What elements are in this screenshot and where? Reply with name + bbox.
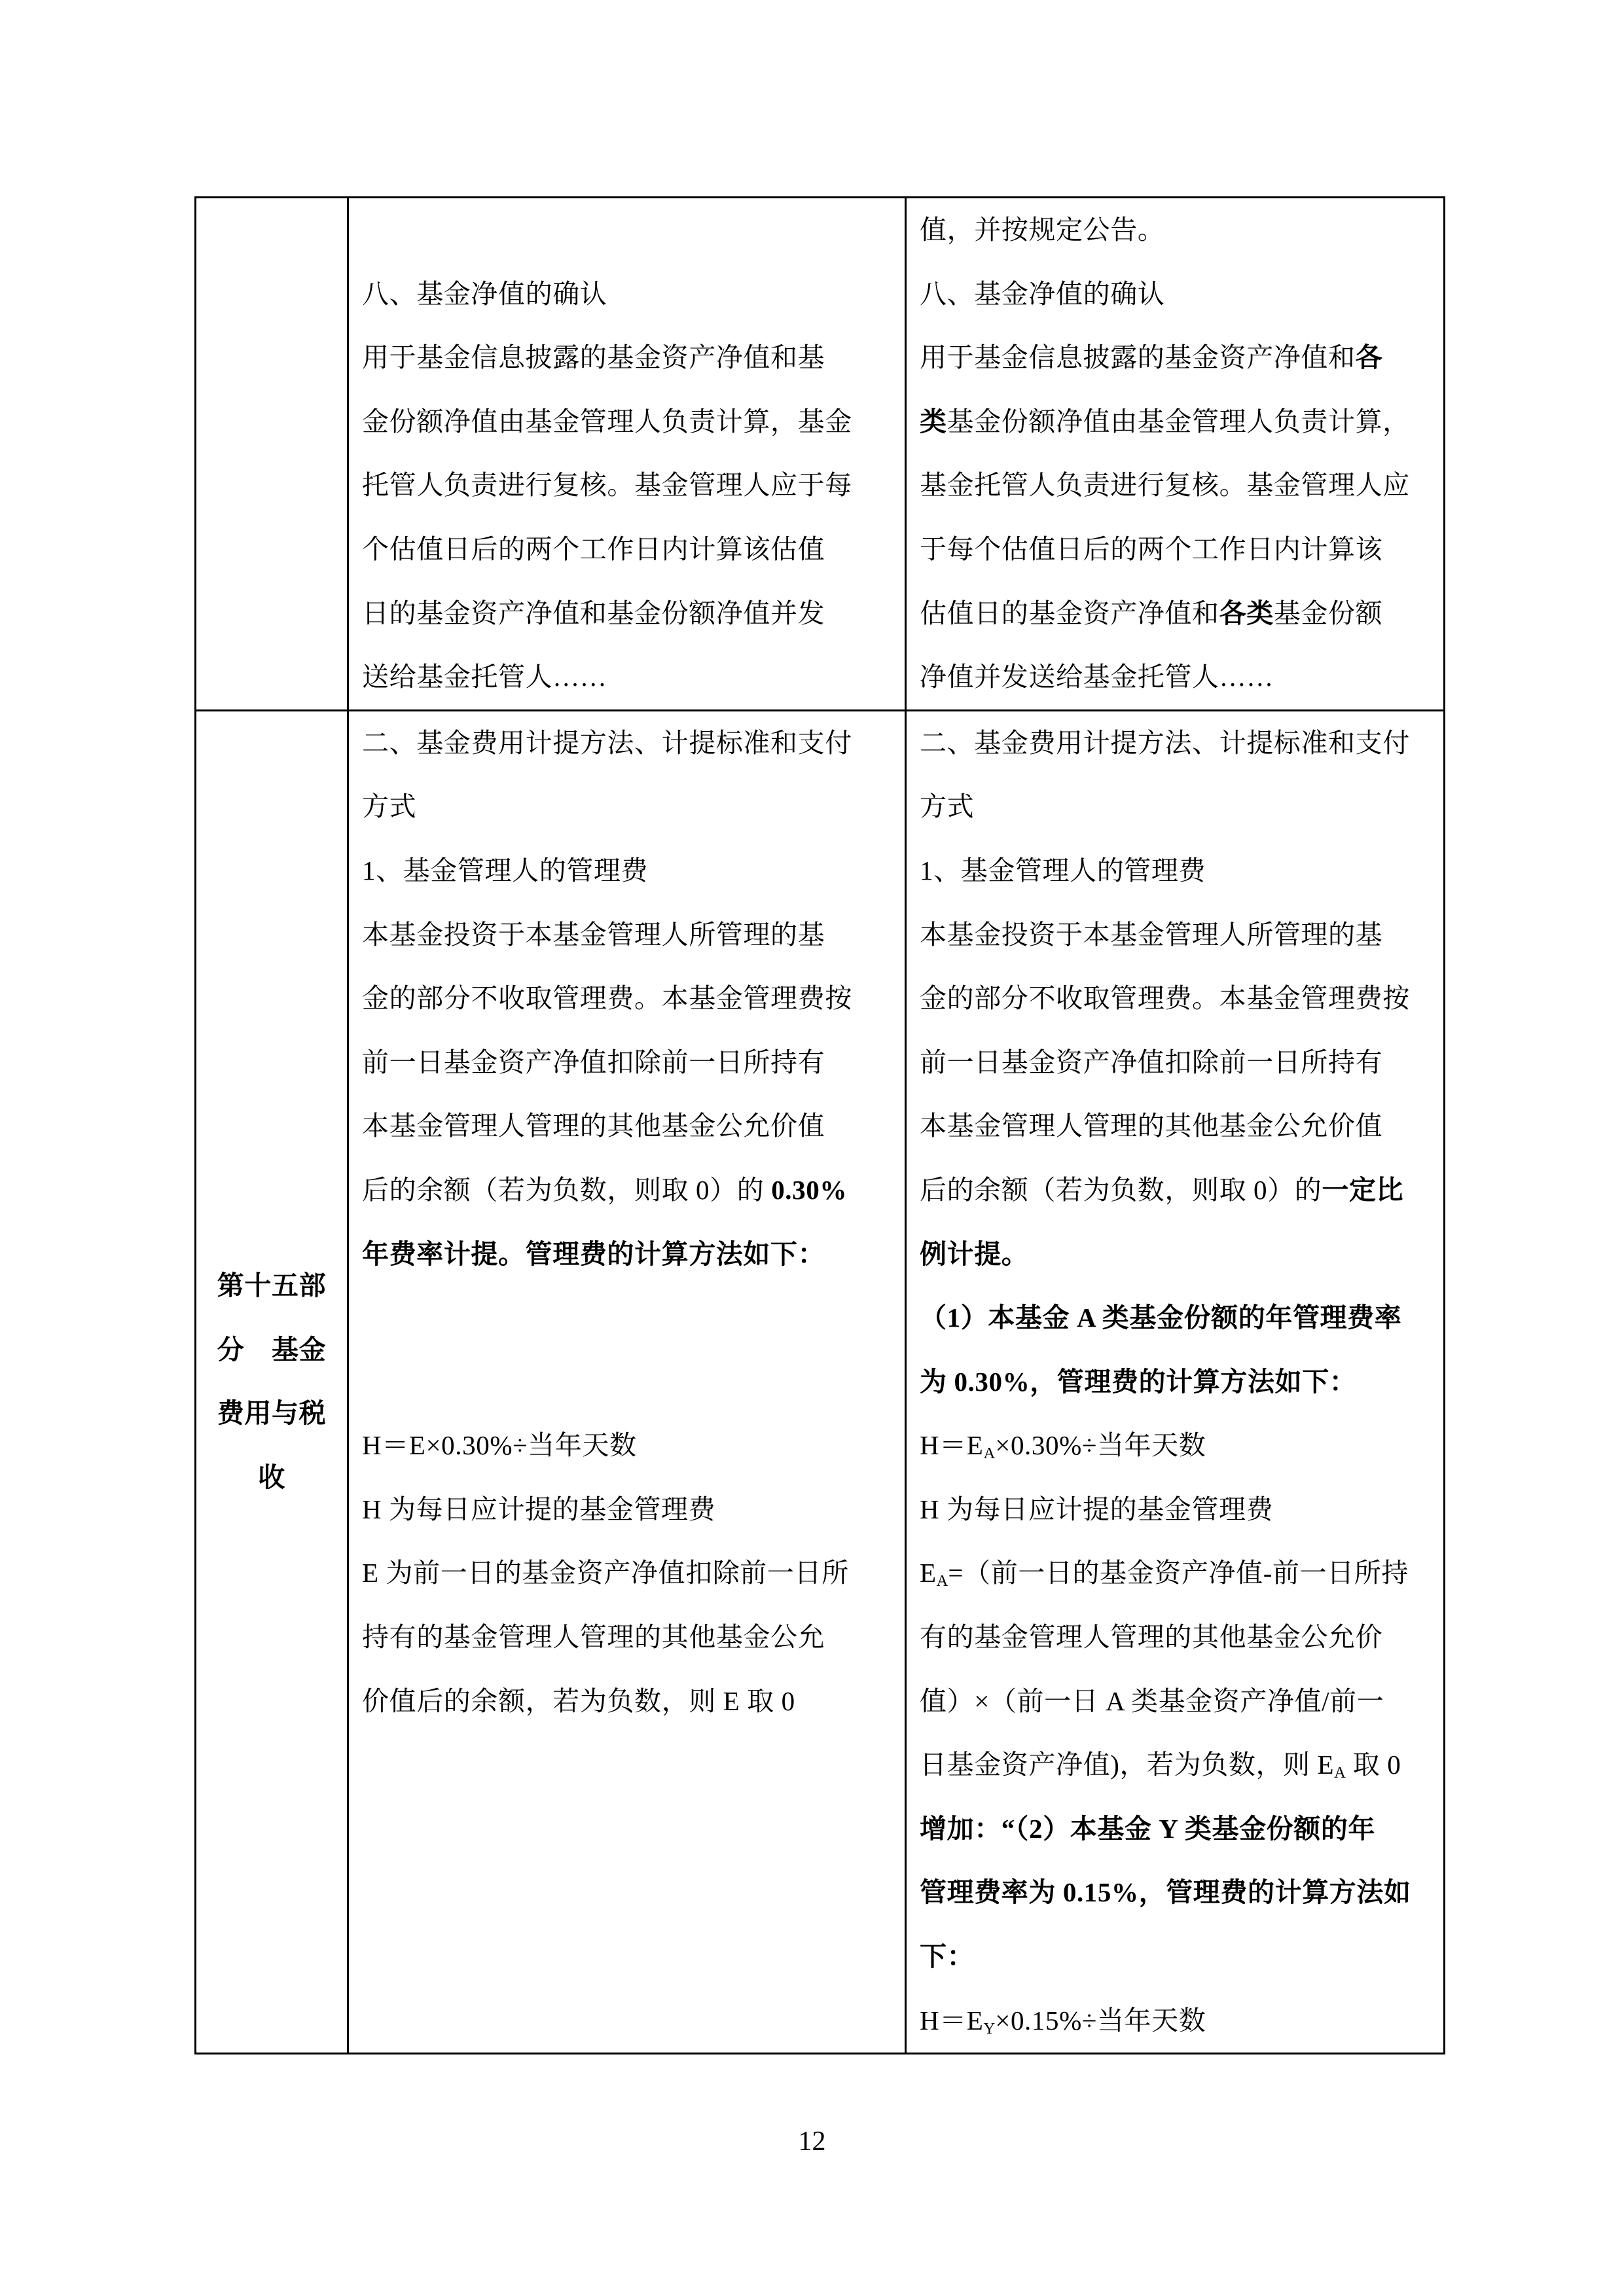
table-row: 八、基金净值的确认用于基金信息披露的基金资产净值和基金份额净值由基金管理人负责计… bbox=[196, 198, 1443, 709]
table-cell-line: 价值后的余额，若为负数，则 E 取 0 bbox=[362, 1670, 897, 1734]
text-segment: 方式 bbox=[362, 791, 416, 821]
table-cell-line: 日的基金资产净值和基金份额净值并发 bbox=[362, 582, 897, 646]
table-cell-line: 前一日基金资产净值扣除前一日所持有 bbox=[920, 1031, 1435, 1095]
text-segment: 金的部分不收取管理费。本基金管理费按 bbox=[920, 983, 1410, 1013]
table-cell-line: 后的余额（若为负数，则取 0）的一定比 bbox=[920, 1158, 1435, 1223]
text-segment: 基金份额 bbox=[1274, 598, 1382, 628]
table-cell-line: 于每个估值日后的两个工作日内计算该 bbox=[920, 518, 1435, 582]
table-cell-line: 类基金份额净值由基金管理人负责计算， bbox=[920, 390, 1435, 454]
text-segment: ×0.15%÷当年天数 bbox=[995, 2005, 1206, 2036]
table-cell-line: 1、基金管理人的管理费 bbox=[362, 839, 897, 903]
text-segment: 有的基金管理人管理的其他基金公允价 bbox=[920, 1622, 1382, 1652]
text-segment: E bbox=[920, 1558, 937, 1588]
table-cell-line: 管理费率为 0.15%，管理费的计算方法如 bbox=[920, 1861, 1435, 1925]
table-cell-line: 本基金投资于本基金管理人所管理的基 bbox=[920, 903, 1435, 967]
text-segment: 本基金投资于本基金管理人所管理的基 bbox=[362, 920, 825, 950]
table-cell-line: 值）×（前一日 A 类基金资产净值/前一 bbox=[920, 1670, 1435, 1734]
text-segment: H＝E bbox=[920, 1430, 983, 1460]
section-column-cell bbox=[196, 198, 349, 709]
table-cell-line: 方式 bbox=[920, 775, 1435, 839]
text-segment: （1）本基金 A 类基金份额的年管理费率 bbox=[920, 1302, 1401, 1333]
table-cell-line: E 为前一日的基金资产净值扣除前一日所 bbox=[362, 1541, 897, 1605]
table-cell-line: （1）本基金 A 类基金份额的年管理费率 bbox=[920, 1286, 1435, 1350]
table-cell-line bbox=[362, 198, 897, 262]
table-cell-line: 送给基金托管人…… bbox=[362, 645, 897, 709]
table-cell-line: 基金托管人负责进行复核。基金管理人应 bbox=[920, 454, 1435, 518]
text-segment: 前一日基金资产净值扣除前一日所持有 bbox=[920, 1047, 1382, 1077]
text-segment: 持有的基金管理人管理的其他基金公允 bbox=[362, 1622, 825, 1652]
text-segment: 值，并按规定公告。 bbox=[920, 215, 1164, 245]
table-cell-line: H＝EY×0.15%÷当年天数 bbox=[920, 1989, 1435, 2053]
table-cell-line: 二、基金费用计提方法、计提标准和支付 bbox=[362, 711, 897, 776]
text-segment: 本基金管理人管理的其他基金公允价值 bbox=[362, 1111, 825, 1141]
text-segment: 一定比 bbox=[1322, 1175, 1403, 1205]
table-cell-line: 托管人负责进行复核。基金管理人应于每 bbox=[362, 454, 897, 518]
text-segment: 二、基金费用计提方法、计提标准和支付 bbox=[920, 728, 1410, 758]
text-segment: 价值后的余额，若为负数，则 E 取 0 bbox=[362, 1686, 795, 1716]
table-cell-line: 为 0.30%，管理费的计算方法如下： bbox=[920, 1350, 1435, 1414]
table-cell-line: 持有的基金管理人管理的其他基金公允 bbox=[362, 1605, 897, 1670]
text-segment: 0.30% bbox=[771, 1175, 847, 1205]
table-row: 第十五部分 基金费用与税收二、基金费用计提方法、计提标准和支付方式1、基金管理人… bbox=[196, 709, 1443, 2053]
right-text-cell: 二、基金费用计提方法、计提标准和支付方式1、基金管理人的管理费本基金投资于本基金… bbox=[907, 711, 1443, 2053]
table-cell-line: 前一日基金资产净值扣除前一日所持有 bbox=[362, 1031, 897, 1095]
table-cell-line: H 为每日应计提的基金管理费 bbox=[362, 1478, 897, 1542]
text-segment: 前一日基金资产净值扣除前一日所持有 bbox=[362, 1047, 825, 1077]
text-segment: 收 bbox=[258, 1462, 285, 1492]
formula-subscript: A bbox=[937, 1573, 948, 1590]
table-cell-line: 个估值日后的两个工作日内计算该估值 bbox=[362, 518, 897, 582]
left-text-cell: 八、基金净值的确认用于基金信息披露的基金资产净值和基金份额净值由基金管理人负责计… bbox=[349, 198, 907, 709]
section-column-cell: 第十五部分 基金费用与税收 bbox=[196, 711, 349, 2053]
table-cell-line: 第十五部 bbox=[217, 1254, 326, 1318]
text-segment: 1、基金管理人的管理费 bbox=[362, 855, 648, 886]
table-cell-line: 年费率计提。管理费的计算方法如下： bbox=[362, 1223, 897, 1287]
text-segment: 后的余额（若为负数，则取 0）的 bbox=[362, 1175, 771, 1205]
table-cell-line: 例计提。 bbox=[920, 1223, 1435, 1287]
table-cell-line: 分 基金 bbox=[217, 1318, 326, 1382]
text-segment: 用于基金信息披露的基金资产净值和基 bbox=[362, 342, 825, 372]
table-cell-line: 增加：“（2）本基金 Y 类基金份额的年 bbox=[920, 1797, 1435, 1861]
text-segment: 金份额净值由基金管理人负责计算，基金 bbox=[362, 406, 852, 437]
text-segment: 净值并发送给基金托管人…… bbox=[920, 662, 1274, 692]
text-segment: H 为每日应计提的基金管理费 bbox=[920, 1494, 1273, 1524]
text-segment: H＝E bbox=[920, 2005, 983, 2036]
text-segment: 八、基金净值的确认 bbox=[362, 279, 607, 309]
formula-subscript: A bbox=[1334, 1764, 1346, 1782]
text-segment: 年费率计提。管理费的计算方法如下： bbox=[362, 1239, 825, 1269]
table-cell-line: 金的部分不收取管理费。本基金管理费按 bbox=[362, 967, 897, 1031]
text-segment: 用于基金信息披露的基金资产净值和 bbox=[920, 342, 1356, 372]
text-segment: 基金份额净值由基金管理人负责计算， bbox=[947, 406, 1410, 437]
table-cell-line: 本基金管理人管理的其他基金公允价值 bbox=[920, 1094, 1435, 1158]
document-page: 八、基金净值的确认用于基金信息披露的基金资产净值和基金份额净值由基金管理人负责计… bbox=[0, 0, 1624, 2296]
table-cell-line: 后的余额（若为负数，则取 0）的 0.30% bbox=[362, 1158, 897, 1223]
text-segment: 八、基金净值的确认 bbox=[920, 279, 1164, 309]
table-cell-line: 值，并按规定公告。 bbox=[920, 198, 1435, 262]
table-cell-line: H＝EA×0.30%÷当年天数 bbox=[920, 1414, 1435, 1478]
table-cell-line: 净值并发送给基金托管人…… bbox=[920, 645, 1435, 709]
table-cell-line: 下： bbox=[920, 1925, 1435, 1989]
table-cell-line: 二、基金费用计提方法、计提标准和支付 bbox=[920, 711, 1435, 776]
table-cell-line: 八、基金净值的确认 bbox=[362, 262, 897, 327]
text-segment: 基金托管人负责进行复核。基金管理人应 bbox=[920, 470, 1410, 500]
text-segment: 例计提。 bbox=[920, 1239, 1028, 1269]
text-segment: 本基金管理人管理的其他基金公允价值 bbox=[920, 1111, 1382, 1141]
text-segment: ×0.30%÷当年天数 bbox=[995, 1430, 1206, 1460]
text-segment: 估值日的基金资产净值和 bbox=[920, 598, 1219, 628]
text-segment: 日基金资产净值)，若为负数，则 E bbox=[920, 1749, 1334, 1780]
table-cell-line: 估值日的基金资产净值和各类基金份额 bbox=[920, 582, 1435, 646]
table-cell-line: 本基金管理人管理的其他基金公允价值 bbox=[362, 1094, 897, 1158]
text-segment: 送给基金托管人…… bbox=[362, 662, 607, 692]
text-segment: 金的部分不收取管理费。本基金管理费按 bbox=[362, 983, 852, 1013]
table-cell-line bbox=[362, 1286, 897, 1350]
table-cell-line: 金的部分不收取管理费。本基金管理费按 bbox=[920, 967, 1435, 1031]
text-segment: 第十五部 bbox=[217, 1270, 326, 1300]
table-cell-line: 用于基金信息披露的基金资产净值和各 bbox=[920, 326, 1435, 390]
text-segment: 各 bbox=[1356, 342, 1383, 372]
text-segment: E 为前一日的基金资产净值扣除前一日所 bbox=[362, 1558, 849, 1588]
text-segment: 个估值日后的两个工作日内计算该估值 bbox=[362, 534, 825, 564]
text-segment: 分 基金 bbox=[217, 1335, 326, 1365]
text-segment: H 为每日应计提的基金管理费 bbox=[362, 1494, 715, 1524]
formula-subscript: A bbox=[983, 1444, 995, 1462]
page-number: 12 bbox=[0, 2126, 1624, 2157]
text-segment: 取 0 bbox=[1346, 1749, 1401, 1780]
fund-contract-comparison-table: 八、基金净值的确认用于基金信息披露的基金资产净值和基金份额净值由基金管理人负责计… bbox=[194, 196, 1445, 2054]
text-segment: 于每个估值日后的两个工作日内计算该 bbox=[920, 534, 1382, 564]
text-segment: 各类 bbox=[1219, 598, 1274, 628]
table-cell-line: 本基金投资于本基金管理人所管理的基 bbox=[362, 903, 897, 967]
text-segment: 费用与税 bbox=[217, 1398, 326, 1428]
table-cell-line bbox=[362, 1350, 897, 1414]
text-segment: 值）×（前一日 A 类基金资产净值/前一 bbox=[920, 1686, 1384, 1716]
right-text-cell: 值，并按规定公告。八、基金净值的确认用于基金信息披露的基金资产净值和各类基金份额… bbox=[907, 198, 1443, 709]
text-segment: 增加：“（2）本基金 Y 类基金份额的年 bbox=[920, 1814, 1375, 1844]
text-segment: 后的余额（若为负数，则取 0）的 bbox=[920, 1175, 1322, 1205]
left-text-cell: 二、基金费用计提方法、计提标准和支付方式1、基金管理人的管理费本基金投资于本基金… bbox=[349, 711, 907, 2053]
text-segment: 日的基金资产净值和基金份额净值并发 bbox=[362, 598, 825, 628]
table-cell-line: H 为每日应计提的基金管理费 bbox=[920, 1478, 1435, 1542]
table-cell-line: 用于基金信息披露的基金资产净值和基 bbox=[362, 326, 897, 390]
table-cell-line: 有的基金管理人管理的其他基金公允价 bbox=[920, 1605, 1435, 1670]
text-segment: 托管人负责进行复核。基金管理人应于每 bbox=[362, 470, 852, 500]
text-segment: 1、基金管理人的管理费 bbox=[920, 855, 1206, 886]
table-cell-line: 金份额净值由基金管理人负责计算，基金 bbox=[362, 390, 897, 454]
table-cell-line: 收 bbox=[258, 1446, 285, 1510]
table-cell-line: EA=（前一日的基金资产净值-前一日所持 bbox=[920, 1541, 1435, 1605]
text-segment: 二、基金费用计提方法、计提标准和支付 bbox=[362, 728, 852, 758]
text-segment: 管理费率为 0.15%，管理费的计算方法如 bbox=[920, 1877, 1411, 1907]
table-cell-line: 八、基金净值的确认 bbox=[920, 262, 1435, 327]
table-cell-line: 费用与税 bbox=[217, 1382, 326, 1446]
text-segment: 类 bbox=[920, 406, 947, 437]
table-cell-line: 1、基金管理人的管理费 bbox=[920, 839, 1435, 903]
table-cell-line: H＝E×0.30%÷当年天数 bbox=[362, 1414, 897, 1478]
text-segment: 本基金投资于本基金管理人所管理的基 bbox=[920, 920, 1382, 950]
text-segment: =（前一日的基金资产净值-前一日所持 bbox=[948, 1558, 1409, 1588]
text-segment: H＝E×0.30%÷当年天数 bbox=[362, 1430, 637, 1460]
text-segment: 为 0.30%，管理费的计算方法如下： bbox=[920, 1367, 1356, 1397]
formula-subscript: Y bbox=[983, 2020, 995, 2037]
text-segment: 下： bbox=[920, 1941, 974, 1971]
table-cell-line: 日基金资产净值)，若为负数，则 EA 取 0 bbox=[920, 1733, 1435, 1797]
text-segment: 方式 bbox=[920, 791, 974, 821]
table-cell-line: 方式 bbox=[362, 775, 897, 839]
